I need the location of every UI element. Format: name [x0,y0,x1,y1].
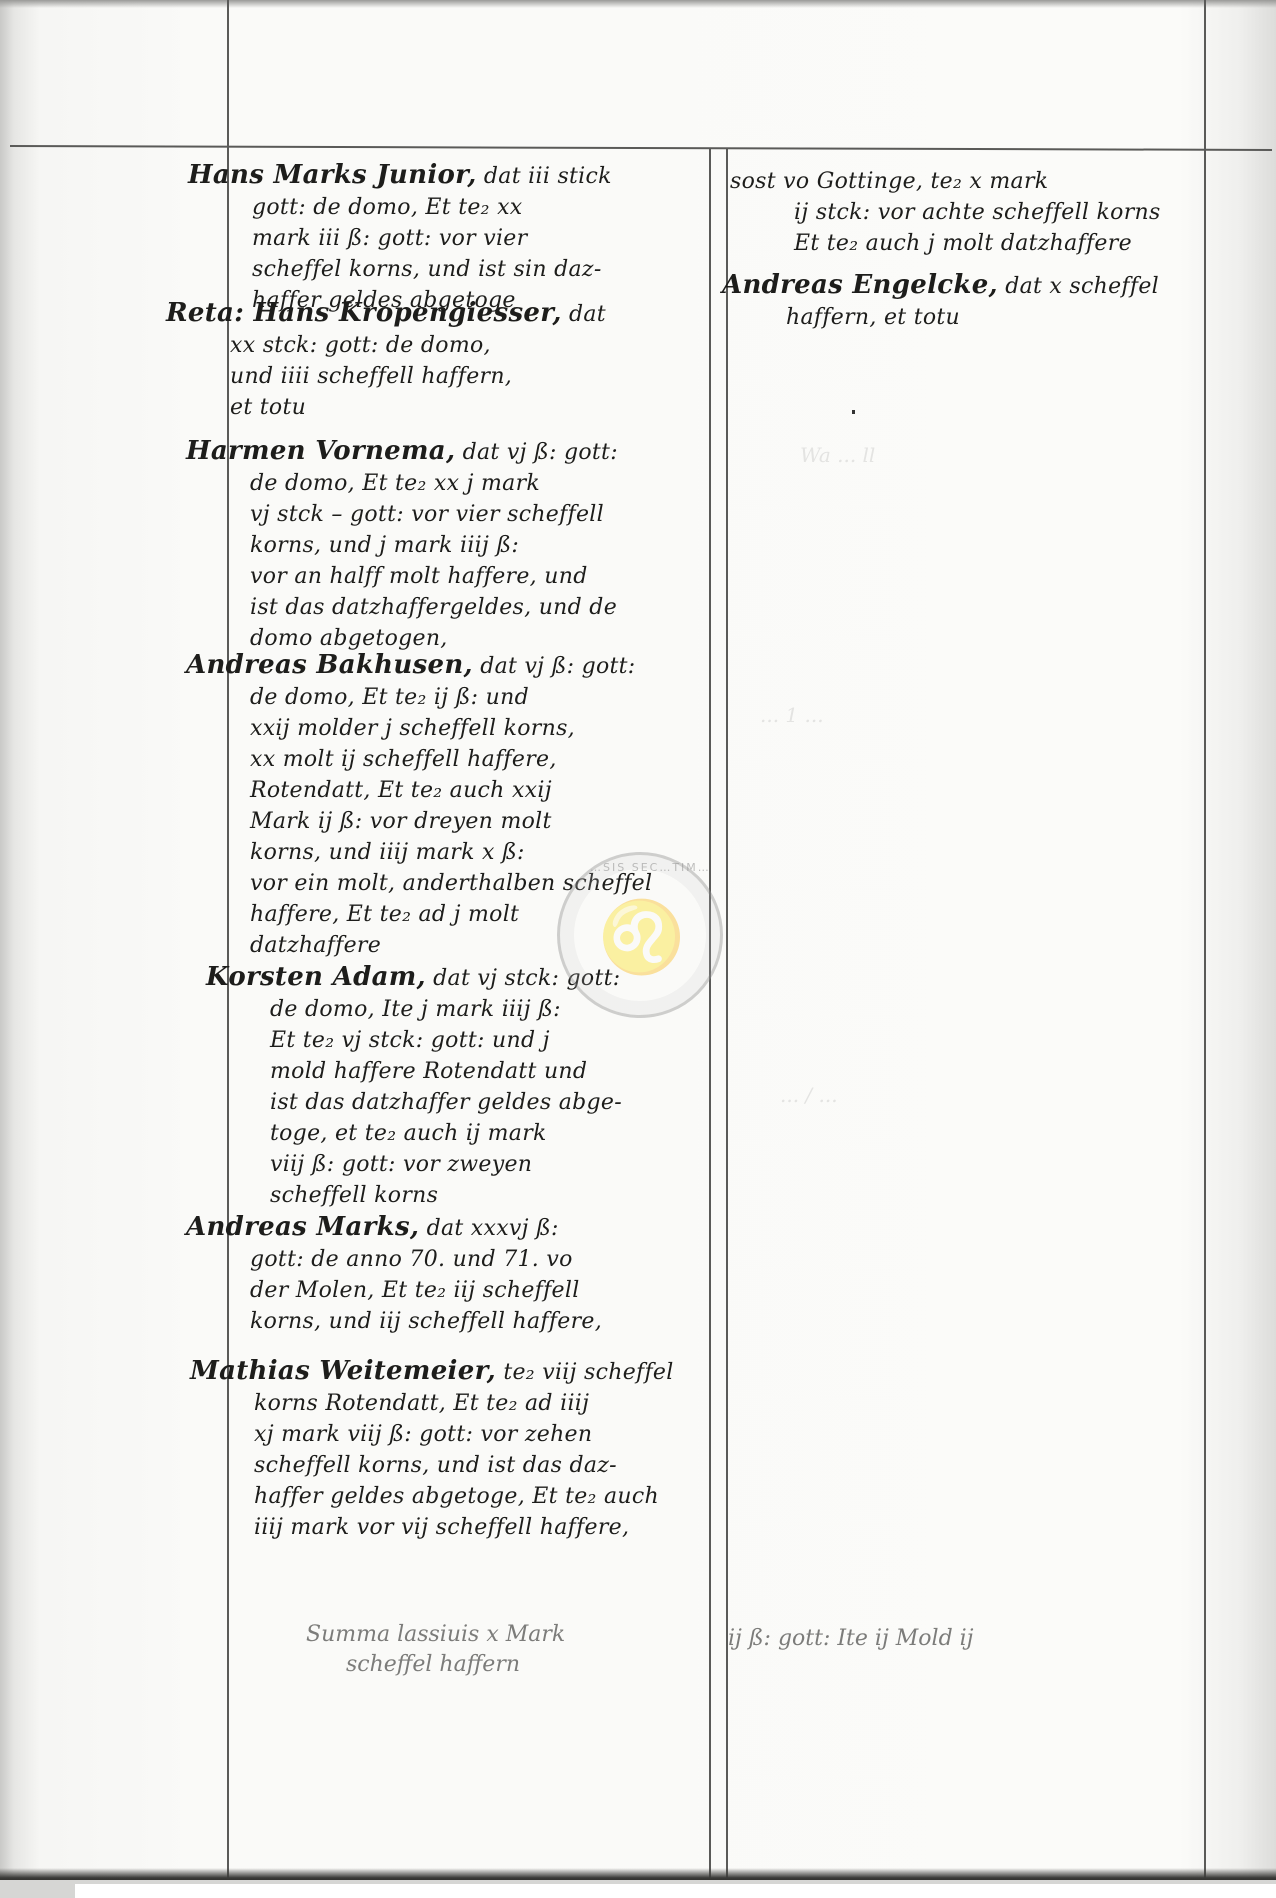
ledger-entry: Andreas Marks, dat xxxvj ß: gott: de ann… [186,1212,602,1337]
entry-line: de domo, Ite j mark iiij ß: [206,994,622,1025]
entry-line: haffer geldes abgetoge, Et te₂ auch [190,1481,674,1512]
entry-line: te₂ viij scheffel [503,1360,673,1385]
entry-name: Reta: Hans Kropengiesser, [166,298,562,328]
entry-line: dat iii stick [484,164,612,189]
entry-line: et totu [166,392,606,423]
entry-line: vor an halff molt haffere, und [186,561,618,592]
column-divider-right [726,148,728,1878]
entry-line: scheffell korns, und ist das daz- [190,1450,674,1481]
entry-line: vj stck – gott: vor vier scheffell [186,499,618,530]
entry-line: Et te₂ auch j molt datzhaffere [730,228,1161,259]
entry-line: korns, und iiij mark x ß: [186,837,652,868]
scan-white-area [75,1884,1276,1898]
bleed-through-text: Wa ... ll [800,440,875,470]
bleed-through-text: ... / ... [780,1080,838,1110]
summary-line: Summa lassiuis x Mark [306,1620,565,1650]
manuscript-page: Wa ... ll ... 1 ... ... / ... Hans Marks… [0,0,1276,1880]
entry-line: gott: de domo, Et te₂ xx [188,192,612,223]
entry-line: Et te₂ vj stck: gott: und j [206,1025,622,1056]
entry-line: mold haffere Rotendatt und [206,1056,622,1087]
entry-line: dat [569,302,606,327]
entry-line: dat vj ß: gott: [480,654,635,679]
right-margin-rule [1204,0,1206,1878]
entry-line: mark iii ß: gott: vor vier [188,223,612,254]
entry-name: Andreas Bakhusen, [186,650,473,680]
entry-line: dat xxxvj ß: [427,1216,559,1241]
ink-dot [852,410,855,414]
entry-line: dat vj ß: gott: [463,440,618,465]
summary-line: ij ß: gott: Ite ij Mold ij [728,1626,974,1651]
ledger-entry: Reta: Hans Kropengiesser, dat xx stck: g… [166,298,606,423]
entry-line: xxij molder j scheffell korns, [186,713,652,744]
entry-line: ist das datzhaffer geldes abge- [206,1087,622,1118]
entry-name: Andreas Engelcke, [722,270,998,300]
entry-line: Rotendatt, Et te₂ auch xxij [186,775,652,806]
entry-name: Hans Marks Junior, [188,160,477,190]
column-divider-left [709,148,711,1878]
entry-line: iiij mark vor vij scheffell haffere, [190,1512,674,1543]
header-rule [10,145,1272,151]
ledger-entry-right: Andreas Engelcke, dat x scheffel haffern… [722,270,1159,333]
entry-line: Mark ij ß: vor dreyen molt [186,806,652,837]
ledger-entry: Korsten Adam, dat vj stck: gott: de domo… [206,962,622,1211]
entry-line: sost vo Gottinge, te₂ x mark [730,166,1161,197]
ledger-entry-right: sost vo Gottinge, te₂ x mark ij stck: vo… [730,166,1161,259]
bleed-through-text: ... 1 ... [760,700,824,730]
entry-name: Harmen Vornema, [186,436,455,466]
entry-line: korns Rotendatt, Et te₂ ad iiij [190,1388,674,1419]
ledger-entry: Harmen Vornema, dat vj ß: gott: de domo,… [186,436,618,654]
lion-icon: ♌ [598,895,682,979]
summary-line: scheffel haffern [306,1650,565,1680]
scan-background-strip [0,1880,1276,1898]
summary-left: Summa lassiuis x Mark scheffel haffern [306,1620,565,1680]
entry-line: der Molen, Et te₂ iij scheffell [186,1275,602,1306]
entry-line: xx stck: gott: de domo, [166,330,606,361]
entry-name: Mathias Weitemeier, [190,1356,496,1386]
entry-line: toge, et te₂ auch ij mark [206,1118,622,1149]
entry-name: Korsten Adam, [206,962,426,992]
entry-line: de domo, Et te₂ xx j mark [186,468,618,499]
entry-line: dat x scheffel [1005,274,1159,299]
entry-line: haffern, et totu [722,302,1159,333]
stamp-text: …SIS SEC…TIM… [590,861,711,874]
entry-line: viij ß: gott: vor zweyen [206,1149,622,1180]
page-top-edge [0,0,1276,8]
entry-line: xj mark viij ß: gott: vor zehen [190,1419,674,1450]
entry-line: scheffel korns, und ist sin daz- [188,254,612,285]
entry-line: scheffell korns [206,1180,622,1211]
entry-line: und iiii scheffell haffern, [166,361,606,392]
summary-right: ij ß: gott: Ite ij Mold ij [728,1624,974,1654]
entry-line: gott: de anno 70. und 71. vo [186,1244,602,1275]
entry-line: korns, und iij scheffell haffere, [186,1306,602,1337]
entry-line: ist das datzhaffergeldes, und de [186,592,618,623]
ledger-entry: Mathias Weitemeier, te₂ viij scheffel ko… [190,1356,674,1543]
archive-stamp: …SIS SEC…TIM… ♌ [557,852,723,1018]
entry-line: xx molt ij scheffell haffere, [186,744,652,775]
entry-line: ij stck: vor achte scheffell korns [730,197,1161,228]
entry-name: Andreas Marks, [186,1212,419,1242]
entry-line: korns, und j mark iiij ß: [186,530,618,561]
ledger-entry: Hans Marks Junior, dat iii stick gott: d… [188,160,612,316]
entry-line: de domo, Et te₂ ij ß: und [186,682,652,713]
